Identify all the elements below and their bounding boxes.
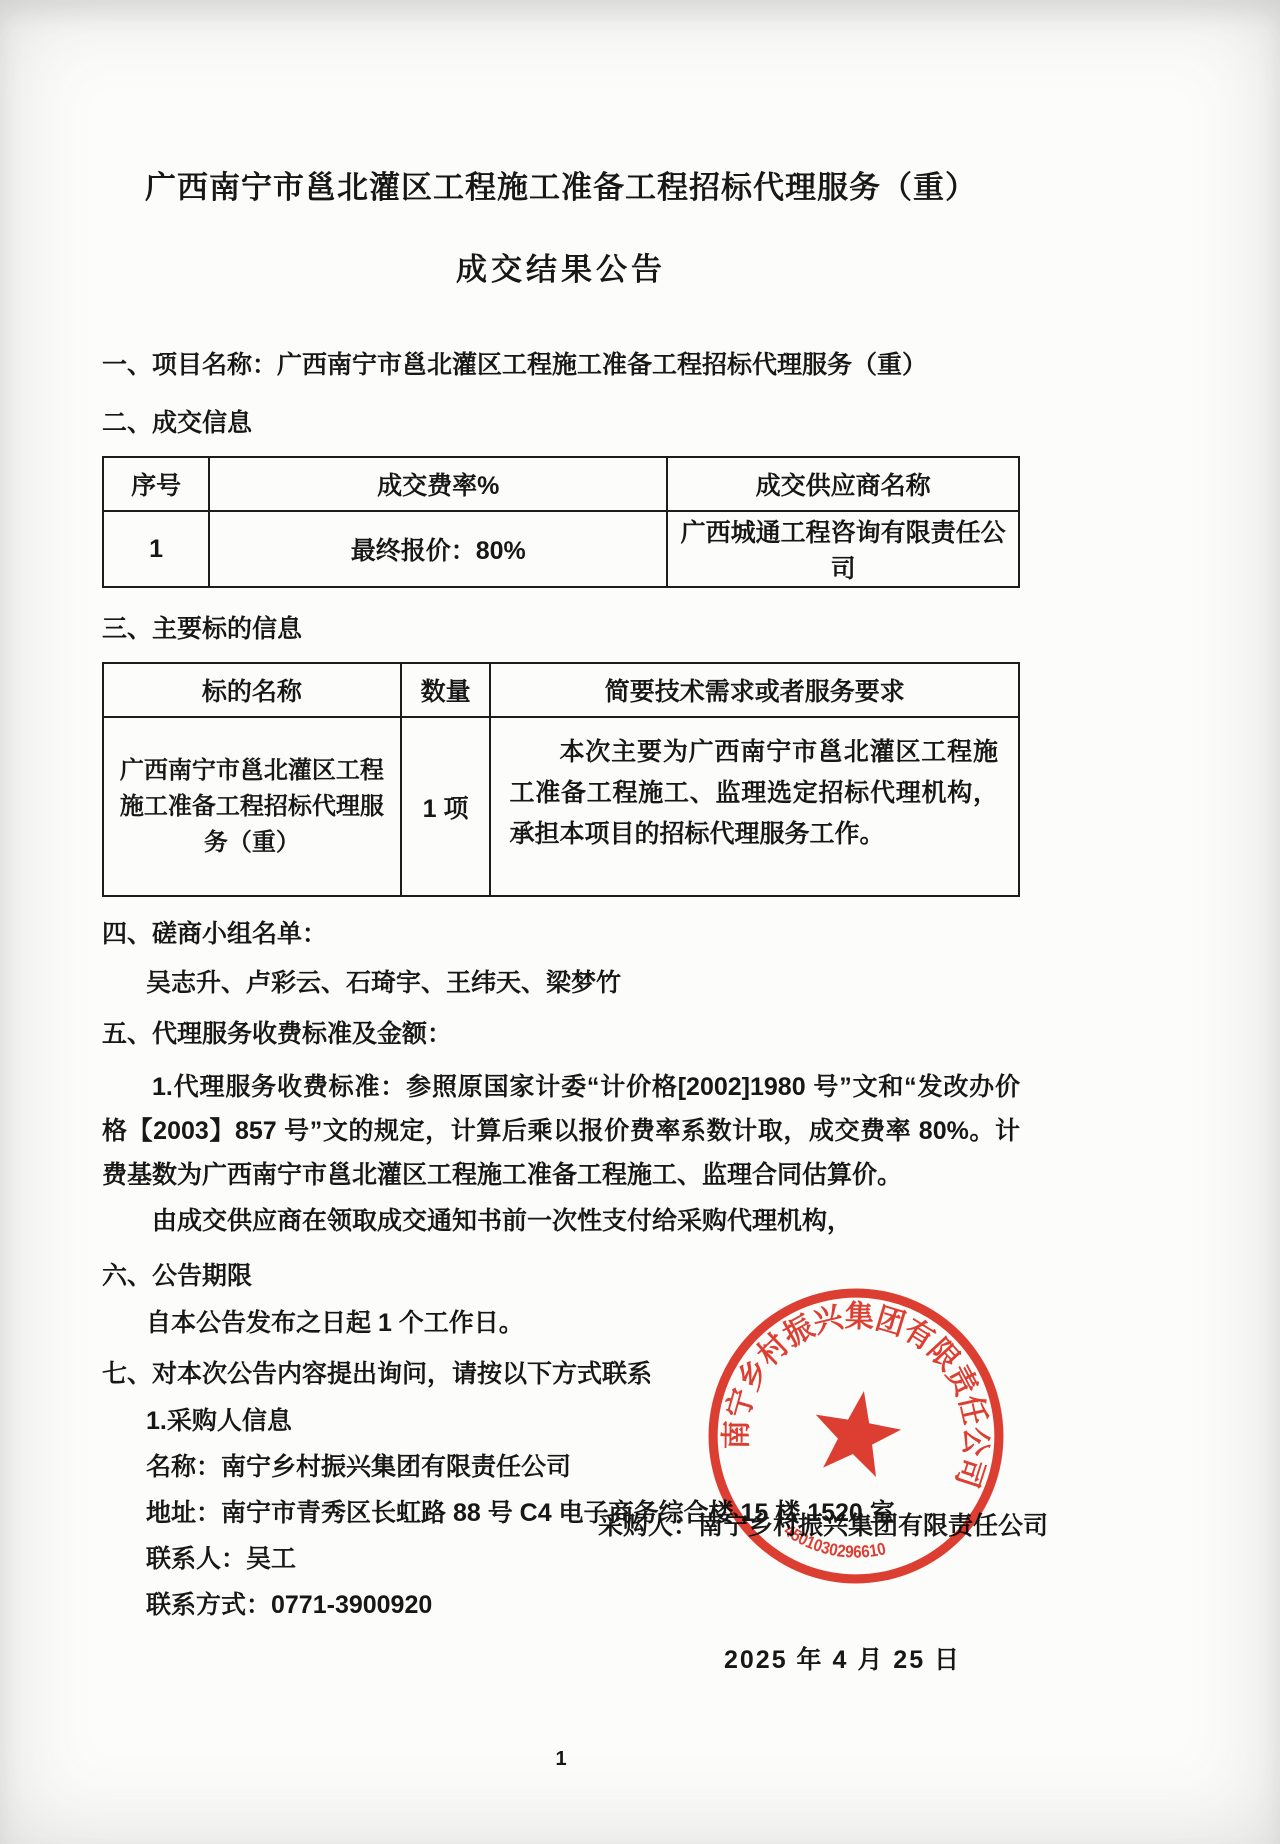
deal-table-row: 1 最终报价：80% 广西城通工程咨询有限责任公司 (103, 511, 1019, 587)
payment-paragraph: 由成交供应商在领取成交通知书前一次性支付给采购代理机构， (102, 1199, 1020, 1243)
subject-table-row: 广西南宁市邕北灌区工程施工准备工程招标代理服务（重） 1 项 本次主要为广西南宁… (103, 717, 1019, 896)
document-title-line2: 成交结果公告 (102, 250, 1020, 290)
negotiation-group-names: 吴志升、卢彩云、石琦宇、王纬天、梁梦竹 (102, 967, 1020, 999)
subject-table-header-row: 标的名称 数量 简要技术需求或者服务要求 (103, 663, 1019, 717)
deal-table-header-row: 序号 成交费率% 成交供应商名称 (103, 457, 1019, 511)
document-title-line1: 广西南宁市邕北灌区工程施工准备工程招标代理服务（重） (102, 168, 1020, 208)
deal-cell-supplier: 广西城通工程咨询有限责任公司 (667, 511, 1019, 587)
page-number: 1 (102, 1748, 1020, 1771)
deal-header-rate: 成交费率% (209, 457, 667, 511)
subject-header-requirement: 简要技术需求或者服务要求 (490, 663, 1019, 717)
scanned-announcement-page: 广西南宁市邕北灌区工程施工准备工程招标代理服务（重） 成交结果公告 一、项目名称… (0, 0, 1280, 1844)
section-2-deal-info-heading: 二、成交信息 (102, 406, 1020, 440)
signature-date: 2025 年 4 月 25 日 (724, 1640, 961, 1676)
section-3-subject-heading: 三、主要标的信息 (102, 612, 1020, 646)
company-seal: 南宁乡村振兴集团有限责任公司 4501030296610 (680, 1260, 1032, 1612)
section-1-project-name: 一、项目名称：广西南宁市邕北灌区工程施工准备工程招标代理服务（重） (102, 348, 1020, 382)
subject-cell-qty: 1 项 (401, 717, 491, 896)
subject-cell-name: 广西南宁市邕北灌区工程施工准备工程招标代理服务（重） (103, 717, 401, 896)
seal-star-icon (807, 1384, 907, 1480)
deal-header-seq: 序号 (103, 457, 209, 511)
subject-cell-requirement: 本次主要为广西南宁市邕北灌区工程施工准备工程施工、监理选定招标代理机构，承担本项… (490, 717, 1019, 896)
section-5-heading: 五、代理服务收费标准及金额： (102, 1017, 1020, 1051)
deal-info-table: 序号 成交费率% 成交供应商名称 1 最终报价：80% 广西城通工程咨询有限责任… (102, 456, 1020, 588)
subject-header-name: 标的名称 (103, 663, 401, 717)
section-4-heading: 四、磋商小组名单： (102, 917, 1020, 951)
deal-cell-seq: 1 (103, 511, 209, 587)
subject-info-table: 标的名称 数量 简要技术需求或者服务要求 广西南宁市邕北灌区工程施工准备工程招标… (102, 662, 1020, 897)
subject-header-qty: 数量 (401, 663, 491, 717)
fee-standard-paragraph: 1.代理服务收费标准：参照原国家计委“计价格[2002]1980 号”文和“发改… (102, 1065, 1020, 1197)
deal-header-supplier: 成交供应商名称 (667, 457, 1019, 511)
deal-cell-rate: 最终报价：80% (209, 511, 667, 587)
